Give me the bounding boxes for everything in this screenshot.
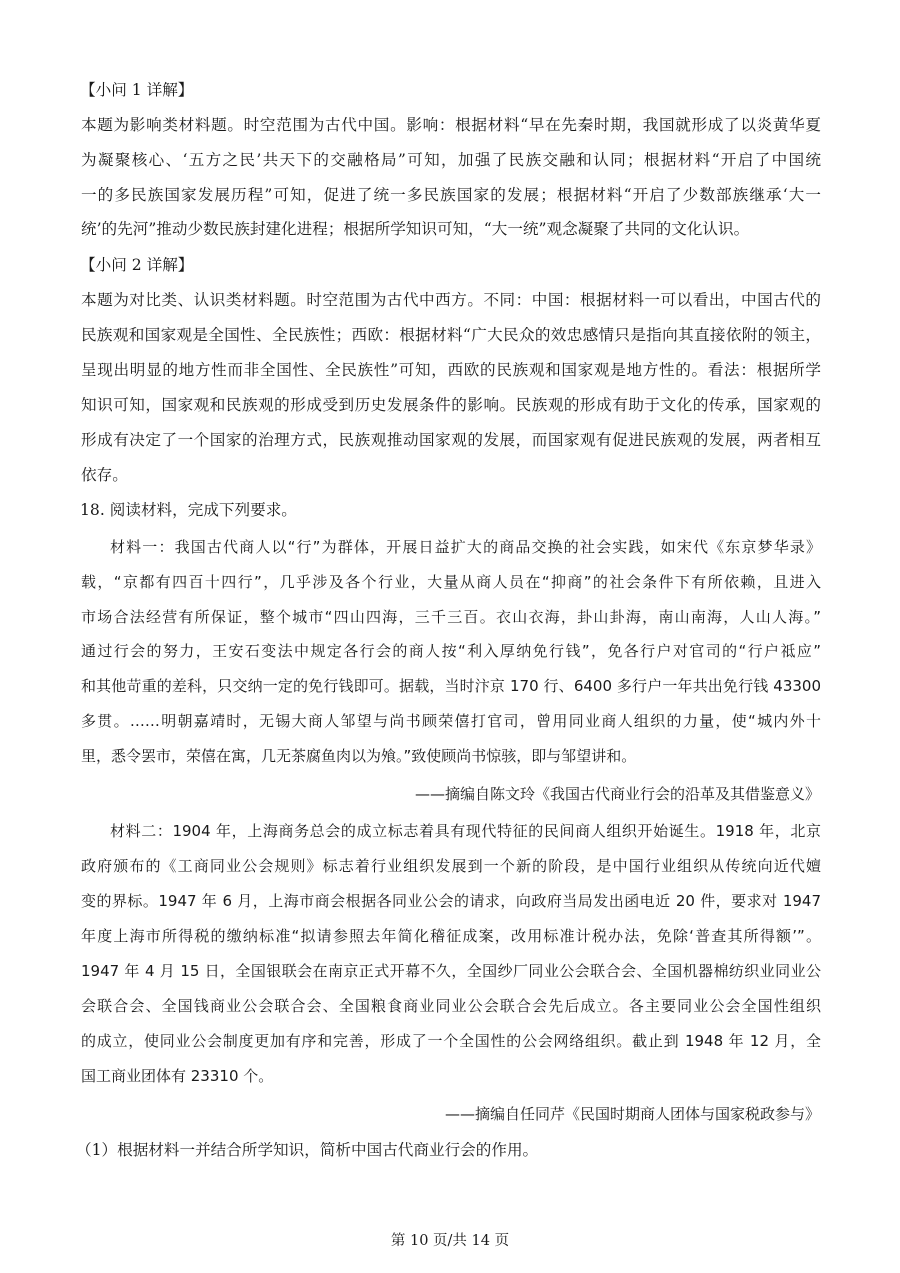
- section-2-line-5: 形成有决定了一个国家的治理方式，民族观推动国家观的发展，而国家观有促进民族观的发…: [81, 430, 821, 450]
- section-2-line-1: 本题为对比类、认识类材料题。时空范围为古代中西方。不同：中国：根据材料一可以看出…: [81, 290, 821, 310]
- material-2-line-7: 的成立，使同业公会制度更加有序和完善，形成了一个全国性的公会网络组织。截止到 1…: [81, 1031, 821, 1051]
- section-1-heading: 【小问 1 详解】: [80, 80, 820, 100]
- document-page: 【小问 1 详解】 本题为影响类材料题。时空范围为古代中国。影响：根据材料“早在…: [0, 0, 900, 1273]
- section-2-heading: 【小问 2 详解】: [80, 255, 820, 275]
- material-1-line-6: 多贯。……明朝嘉靖时，无锡大商人邹望与尚书顾荣僖打官司，曾用同业商人组织的力量，…: [81, 711, 821, 731]
- material-1-line-4: 通过行会的努力，王安石变法中规定各行会的商人按“利入厚纳免行钱”，免各行户对官司…: [81, 641, 821, 661]
- material-2-line-8: 国工商业团体有 23310 个。: [81, 1066, 821, 1086]
- section-2-line-4: 知识可知，国家观和民族观的形成受到历史发展条件的影响。民族观的形成有助于文化的传…: [81, 395, 821, 415]
- section-2-line-6: 依存。: [81, 465, 821, 485]
- sub-question-1: （1）根据材料一并结合所学知识，简析中国古代商业行会的作用。: [76, 1140, 816, 1160]
- material-1-line-3: 市场合法经营有所保证，整个城市“四山四海，三千三百。衣山衣海，卦山卦海，南山南海…: [81, 607, 821, 627]
- material-2-line-2: 政府颁布的《工商同业公会规则》标志着行业组织发展到一个新的阶段，是中国行业组织从…: [81, 856, 821, 876]
- material-1-line-5: 和其他苛重的差科，只交纳一定的免行钱即可。据载，当时汴京 170 行、6400 …: [81, 676, 821, 696]
- material-1-line-1: 材料一：我国古代商人以“行”为群体，开展日益扩大的商品交换的社会实践，如宋代《东…: [110, 537, 821, 557]
- section-2-line-2: 民族观和国家观是全国性、全民族性；西欧：根据材料“广大民众的效忠感情只是指向其直…: [81, 325, 821, 345]
- section-1-line-2: 为凝聚核心、‘五方之民’共天下的交融格局”可知，加强了民族交融和认同；根据材料“…: [81, 150, 821, 170]
- section-1-line-1: 本题为影响类材料题。时空范围为古代中国。影响：根据材料“早在先秦时期，我国就形成…: [81, 115, 821, 135]
- material-2-line-5: 1947 年 4 月 15 日，全国银联会在南京正式开幕不久，全国纱厂同业公会联…: [81, 961, 821, 981]
- section-1-line-3: 一的多民族国家发展历程”可知，促进了统一多民族国家的发展；根据材料“开启了少数部…: [81, 185, 821, 205]
- section-2-line-3: 呈现出明显的地方性而非全国性、全民族性”可知，西欧的民族观和国家观是地方性的。看…: [81, 360, 821, 380]
- question-18-title: 18. 阅读材料，完成下列要求。: [80, 500, 820, 520]
- section-1-line-4: 统’的先河”推动少数民族封建化进程；根据所学知识可知，“大一统”观念凝聚了共同的…: [81, 219, 821, 239]
- material-1-line-7: 里，悉令罢市，荣僖在寓，几无茶腐鱼肉以为飧。”致使顾尚书惊骇，即与邹望讲和。: [81, 746, 821, 766]
- material-1-line-2: 载，“京都有四百十四行”，几乎涉及各个行业，大量从商人员在“抑商”的社会条件下有…: [81, 572, 821, 592]
- material-2-line-4: 年度上海市所得税的缴纳标准“拟请参照去年简化稽征成案，改用标准计税办法，免除‘普…: [81, 926, 821, 946]
- material-1-source: ——摘编自陈文玲《我国古代商业行会的沿革及其借鉴意义》: [415, 784, 820, 804]
- page-indicator: 第 10 页/共 14 页: [0, 1232, 900, 1250]
- material-2-line-3: 变的界标。1947 年 6 月，上海市商会根据各同业公会的请求，向政府当局发出函…: [81, 891, 821, 911]
- material-2-source: ——摘编自任同芹《民国时期商人团体与国家税政参与》: [445, 1104, 820, 1124]
- material-2-line-1: 材料二：1904 年，上海商务总会的成立标志着具有现代特征的民间商人组织开始诞生…: [110, 821, 821, 841]
- material-2-line-6: 会联合会、全国钱商业公会联合会、全国粮食商业同业公会联合会先后成立。各主要同业公…: [81, 996, 821, 1016]
